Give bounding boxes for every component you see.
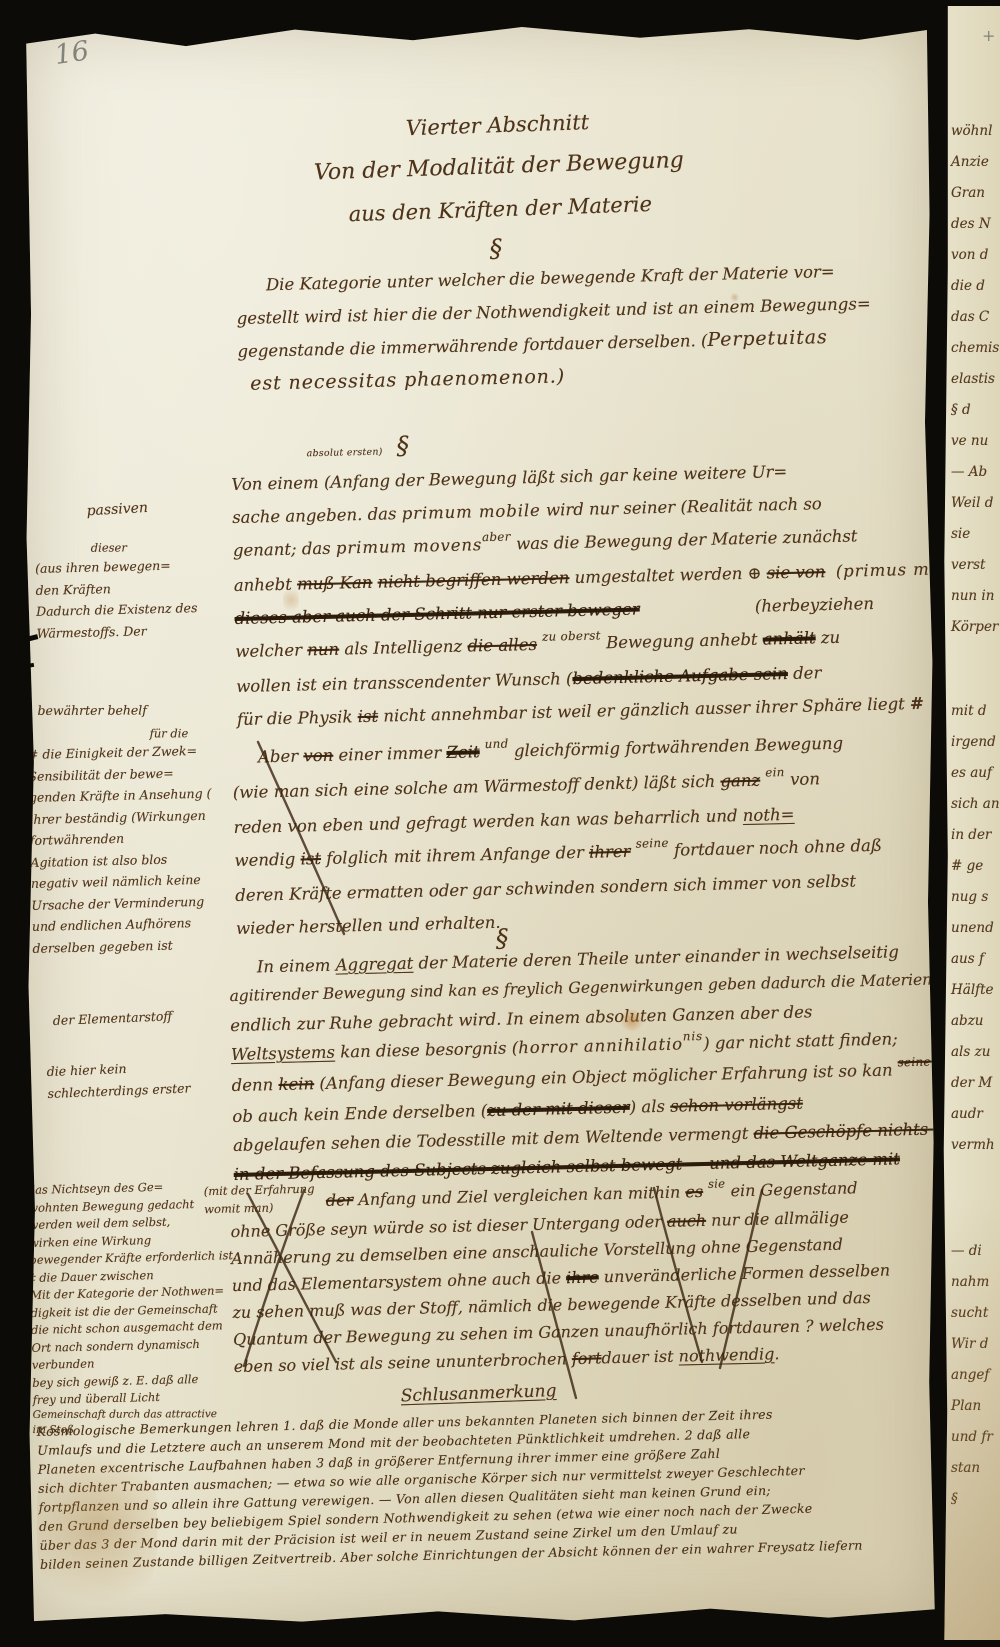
latin-phrase: horror annihilatio bbox=[518, 1034, 683, 1057]
inserted-word: nis bbox=[683, 1029, 704, 1043]
paragraph-2: absolut ersten)§ Von einem (Anfang der B… bbox=[230, 420, 947, 736]
struck-segment: kein bbox=[278, 1074, 314, 1094]
text-segment: Anfang und Ziel vergleichen kan mithin bbox=[353, 1182, 686, 1209]
text-segment: ob auch kein Ende derselben ( bbox=[232, 1101, 487, 1126]
text-segment: als Intelligenz bbox=[339, 637, 468, 659]
inserted-word: zu oberst bbox=[542, 628, 601, 643]
text-segment: der bbox=[788, 663, 822, 683]
adjacent-page-edge: + wöhnl Anzie Gran des N von d die d das… bbox=[942, 6, 1000, 1640]
text-segment: unveränderliche Formen desselben bbox=[598, 1261, 890, 1287]
underlined-segment: noth= bbox=[743, 805, 795, 825]
text-segment: reden von eben und gefragt werden kan wa… bbox=[233, 806, 743, 837]
struck-segment: auch bbox=[667, 1211, 707, 1231]
text-segment: ) gar nicht statt finden; bbox=[703, 1029, 898, 1053]
text-segment: denn bbox=[231, 1075, 278, 1095]
margin-note-insert: dieser bbox=[91, 540, 127, 558]
struck-segment: ganz bbox=[720, 771, 760, 791]
inserted-word: sie bbox=[708, 1176, 726, 1190]
struck-segment: schon vorlängst bbox=[670, 1094, 803, 1116]
struck-segment: sie von bbox=[766, 562, 825, 582]
paragraph-1: Die Kategorie unter welcher die bewegend… bbox=[236, 253, 939, 401]
latin-phrase: Perpetuitas bbox=[707, 326, 828, 351]
section-mark: § bbox=[382, 431, 409, 461]
struck-segment: anhält bbox=[763, 628, 816, 648]
text-segment: ) als bbox=[629, 1097, 670, 1117]
text-segment: sache angeben. das bbox=[232, 504, 402, 527]
folio-number: 16 bbox=[53, 35, 91, 71]
text-segment: anhebt bbox=[234, 575, 298, 595]
paragraph-5: der Anfang und Ziel vergleichen kan mith… bbox=[230, 1172, 954, 1380]
text-segment: umgestaltet werden bbox=[569, 564, 748, 587]
struck-segment: fort bbox=[572, 1348, 602, 1368]
text-segment: dauer ist bbox=[601, 1347, 679, 1368]
struck-segment: die alles bbox=[467, 635, 537, 656]
text-segment: was die Bewegung der Materie zunächst bbox=[511, 526, 858, 553]
page-fragment-column: mit d irgend es auf sich an in der # ge … bbox=[951, 696, 1000, 1161]
underlined-segment: Aggregat bbox=[335, 954, 413, 975]
text-segment: genant; das bbox=[233, 539, 336, 560]
photo-background: 16 Vierter Abschnitt Von der Modalität d… bbox=[0, 0, 1000, 1647]
struck-segment: von bbox=[303, 746, 333, 766]
margin-note-passiven: passiven bbox=[86, 498, 148, 523]
text-segment: gegenstande die immerwährende fortdauer … bbox=[237, 331, 707, 361]
struck-segment: ist bbox=[357, 707, 378, 726]
text-segment: folglich mit ihrem Anfange der bbox=[321, 843, 590, 868]
reference-mark: ⊕ bbox=[747, 564, 761, 583]
paragraph-4: In einem Aggregat der Materie deren Thei… bbox=[229, 936, 954, 1189]
text-segment: Aber bbox=[258, 746, 304, 766]
struck-segment: zu der mit dieser bbox=[487, 1098, 630, 1120]
text-segment: (wie man sich eine solche am Wärmestoff … bbox=[233, 772, 721, 802]
margin-note-erster: die hier kein schlechterdings erster bbox=[46, 1054, 228, 1104]
inserted-word: seine bbox=[635, 836, 668, 851]
paragraph-3: Aber von einer immer Zeit und gleichförm… bbox=[232, 724, 947, 945]
margin-note-elementarstoff: der Elementarstoff bbox=[52, 1005, 172, 1031]
inserted-word: und bbox=[485, 737, 509, 752]
struck-segment: es bbox=[685, 1182, 703, 1201]
section-mark: § bbox=[489, 236, 502, 261]
text-segment: ein Gegenstand bbox=[725, 1178, 857, 1200]
text-segment: eben so viel ist als seine ununterbroche… bbox=[234, 1349, 573, 1376]
page-fragment-column: — di nahm sucht Wir d angef Plan und fr … bbox=[951, 1236, 993, 1515]
struck-segment: der bbox=[326, 1190, 354, 1210]
inserted-word: aber bbox=[482, 530, 511, 545]
struck-segment: nun bbox=[307, 640, 339, 660]
margin-note-gemeinschaft: Gemeinschaft durch das attractive im Sto… bbox=[33, 1407, 218, 1438]
struck-segment: ihre bbox=[566, 1267, 599, 1287]
struck-segment: muß Kan bbox=[297, 573, 373, 594]
page-fragment-column: wöhnl Anzie Gran des N von d die d das C… bbox=[951, 116, 1000, 643]
text-segment: wird nur seiner (Realität nach so bbox=[540, 494, 821, 520]
text-segment: gleichförmig fortwährenden Bewegung bbox=[508, 734, 843, 761]
struck-segment: Zeit bbox=[446, 742, 480, 762]
struck-segment: nicht begriffen werden bbox=[377, 568, 569, 592]
text-segment: kan diese besorgnis ( bbox=[335, 1038, 519, 1061]
hash-mark: # bbox=[910, 694, 924, 713]
manuscript-page: 16 Vierter Abschnitt Von der Modalität d… bbox=[23, 22, 938, 1626]
struck-segment: ist bbox=[300, 849, 321, 868]
text-segment: nicht annehmbar ist weil er gänzlich aus… bbox=[378, 694, 910, 726]
underlined-segment: nothwendig bbox=[678, 1344, 774, 1365]
text-segment: einer immer bbox=[333, 743, 447, 765]
text-segment: wollen ist ein transscendenter Wunsch ( bbox=[236, 669, 573, 696]
text-segment: . bbox=[774, 1344, 780, 1363]
text-segment: fortdauer noch ohne daß bbox=[669, 836, 882, 860]
text-segment: Bewegung anhebt bbox=[601, 630, 763, 653]
underlined-segment: Weltsystems bbox=[231, 1043, 335, 1064]
margin-note-agitation: # die Einigkeit der Zwek= Sensibilität d… bbox=[28, 739, 233, 959]
text-segment: nur die allmälige bbox=[706, 1208, 849, 1230]
text-segment: (herbeyziehen bbox=[639, 594, 874, 619]
text-segment: zu bbox=[815, 628, 840, 648]
latin-phrase: primum mobile bbox=[401, 501, 540, 523]
text-segment: von bbox=[785, 769, 821, 789]
latin-phrase: primum movens bbox=[336, 535, 483, 557]
section-heading: Vierter Abschnitt Von der Modalität der … bbox=[237, 95, 761, 239]
text-segment: wendig bbox=[234, 849, 301, 870]
text-segment: für die Physik bbox=[237, 707, 358, 729]
inserted-word: absolut ersten) bbox=[307, 447, 383, 460]
struck-segment: bedenkliche Aufgabe sein bbox=[572, 664, 788, 688]
plus-mark: + bbox=[982, 26, 995, 45]
margin-note-waermestoff: (aus ihren bewegen= den Kräften Dadurch … bbox=[35, 553, 227, 643]
struck-segment: ihrer bbox=[589, 842, 631, 862]
margin-note-nichtseyn: das Nichtseyn des Ge= wohnten Bewegung g… bbox=[28, 1177, 243, 1409]
inserted-word: ein bbox=[765, 765, 785, 779]
margin-note-behelf: bewährter behelf bbox=[37, 699, 147, 721]
struck-segment: dieses aber auch der Schritt nur erster … bbox=[234, 599, 640, 628]
text-segment: welcher bbox=[235, 640, 307, 661]
text-segment: In einem bbox=[257, 956, 336, 977]
closing-heading: Schlusanmerkung bbox=[400, 1381, 556, 1406]
text-segment: und das Elementarsystem ohne auch die bbox=[232, 1268, 567, 1295]
